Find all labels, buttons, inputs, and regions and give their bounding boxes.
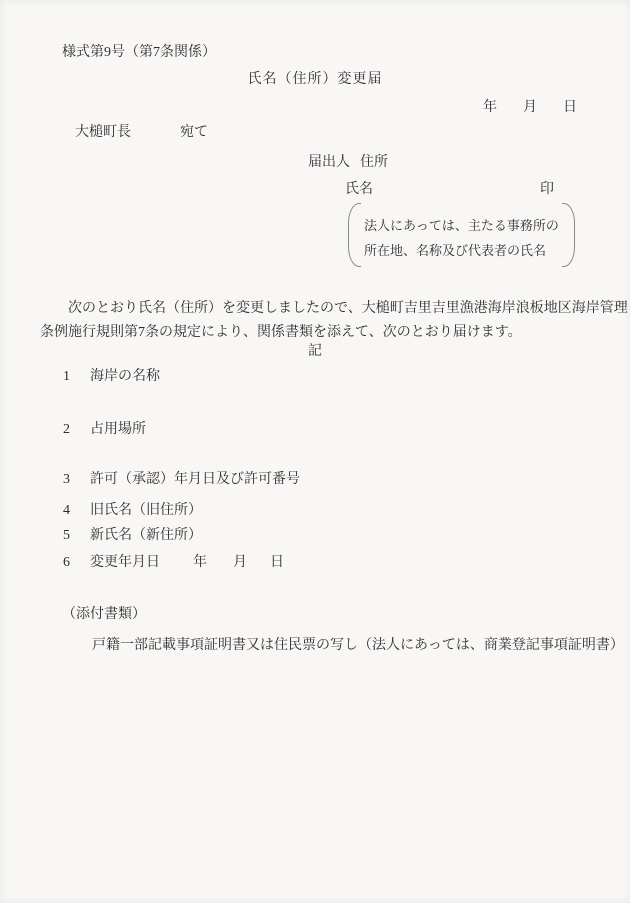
corporate-note-line2: 所在地、名称及び代表者の氏名 (364, 238, 559, 263)
attachments-heading: （添付書類） (62, 608, 146, 622)
declarant-address-label: 住所 (360, 155, 388, 170)
right-paren-shape (562, 203, 575, 267)
declarant-label: 届出人 (308, 155, 350, 170)
corporate-note-text: 法人にあっては、主たる事務所の 所在地、名称及び代表者の氏名 (361, 203, 562, 267)
change-date-month-label: 月 (233, 556, 247, 570)
corporate-note-line1: 法人にあっては、主たる事務所の (364, 213, 559, 238)
item-number: 6 (63, 556, 90, 570)
item-label: 旧氏名（旧住所） (90, 503, 202, 518)
change-date-year-label: 年 (193, 556, 207, 570)
form-number: 様式第9号（第7条関係） (62, 46, 216, 60)
date-year-label: 年 (483, 100, 497, 115)
item-label: 変更年月日 (90, 555, 160, 570)
declarant-line: 届出人住所 (308, 156, 388, 170)
addressee-name: 大槌町長 (75, 125, 131, 140)
list-item-change-date: 6変更年月日 年 月 日 (63, 556, 160, 570)
declarant-name-label: 氏名 (345, 183, 373, 197)
list-item-new-name: 5新氏名（新住所） (63, 529, 202, 543)
corporate-note: 法人にあっては、主たる事務所の 所在地、名称及び代表者の氏名 (348, 203, 575, 267)
item-label: 許可（承認）年月日及び許可番号 (90, 472, 300, 487)
item-number: 5 (63, 529, 90, 543)
date-day-label: 日 (563, 100, 577, 115)
seal-label: 印 (540, 183, 554, 197)
date-month-label: 月 (523, 100, 537, 115)
change-date-day-label: 日 (270, 556, 284, 570)
body-paragraph-line1: 次のとおり氏名（住所）を変更しましたので、大槌町吉里吉里漁港海岸浪板地区海岸管理 (40, 297, 628, 321)
left-paren-shape (348, 203, 361, 267)
document-page: 様式第9号（第7条関係） 氏名（住所）変更届 年月日 大槌町長宛て 届出人住所 … (0, 0, 630, 903)
item-number: 3 (63, 473, 90, 487)
item-label: 新氏名（新住所） (90, 528, 202, 543)
item-number: 4 (63, 504, 90, 518)
list-item-coast-name: 1海岸の名称 (63, 370, 160, 384)
header-date-line: 年月日 (483, 101, 577, 115)
item-label: 占用場所 (90, 422, 146, 437)
page-title: 氏名（住所）変更届 (0, 73, 630, 87)
addressee-line: 大槌町長宛て (75, 126, 208, 140)
item-label: 海岸の名称 (90, 369, 160, 384)
attachments-item: 戸籍一部記載事項証明書又は住民票の写し（法人にあっては、商業登記事項証明書） (92, 639, 624, 653)
list-item-old-name: 4旧氏名（旧住所） (63, 504, 202, 518)
body-paragraph-line2: 条例施行規則第7条の規定により、関係書類を添えて、次のとおり届けます。 (40, 321, 628, 345)
item-number: 1 (63, 370, 90, 384)
item-number: 2 (63, 423, 90, 437)
list-item-permit-date-number: 3許可（承認）年月日及び許可番号 (63, 473, 300, 487)
list-item-occupied-place: 2占用場所 (63, 423, 146, 437)
record-marker: 記 (0, 345, 630, 359)
body-paragraph: 次のとおり氏名（住所）を変更しましたので、大槌町吉里吉里漁港海岸浪板地区海岸管理… (40, 297, 628, 345)
addressee-to-label: 宛て (180, 125, 208, 140)
